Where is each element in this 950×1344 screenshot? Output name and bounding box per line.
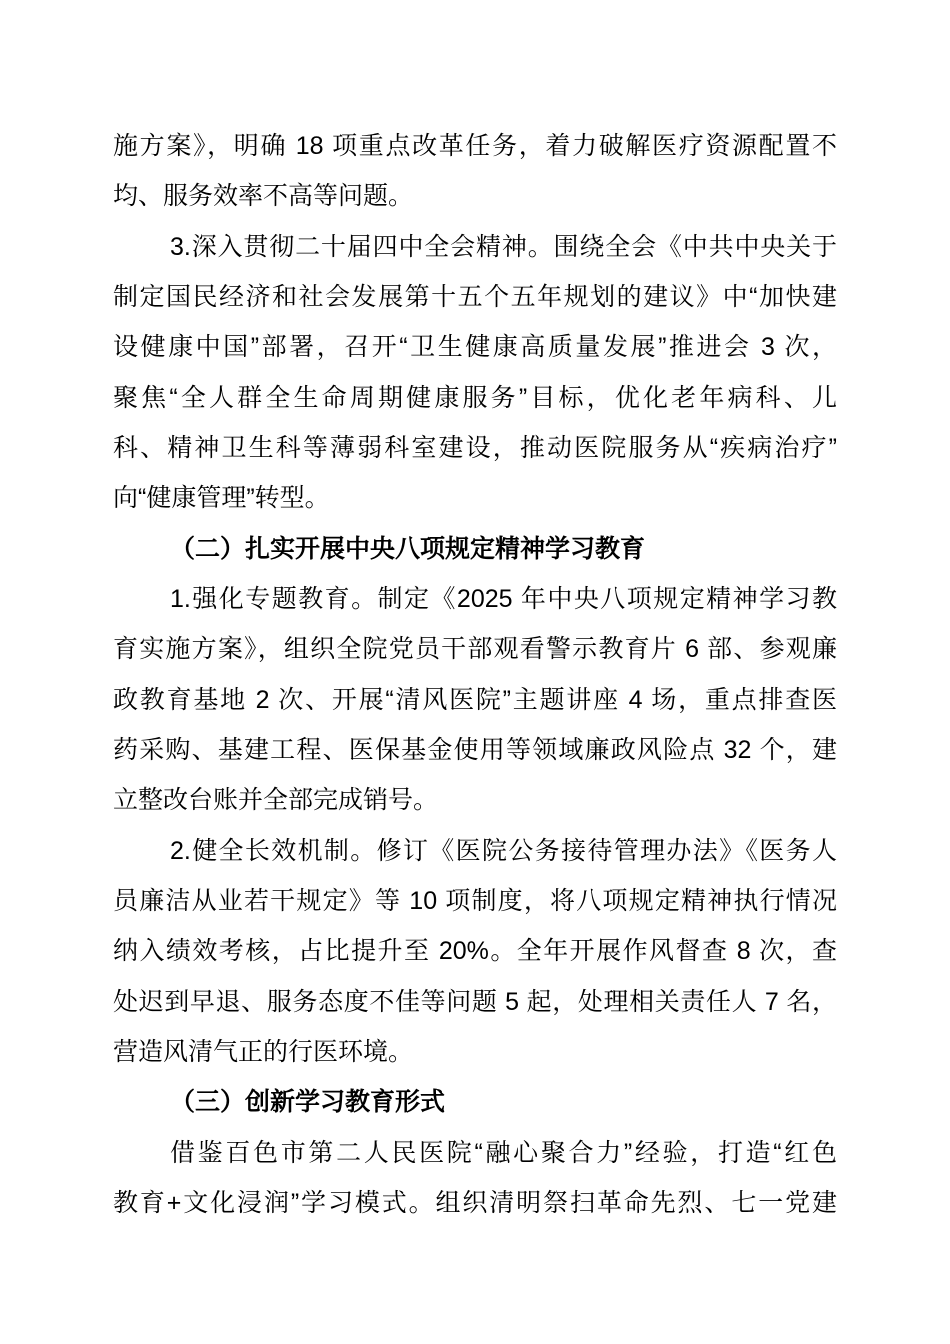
text-line: 教育+文化浸润”学习模式。组织清明祭扫革命先烈、七一党建: [113, 1178, 837, 1228]
text-line: 向“健康管理”转型。: [113, 473, 837, 523]
text-line: 科、精神卫生科等薄弱科室建设，推动医院服务从“疾病治疗”: [113, 423, 837, 473]
text-line: 药采购、基建工程、医保基金使用等领域廉政风险点 32 个，建: [113, 725, 837, 775]
text-line: 纳入绩效考核，占比提升至 20%。全年开展作风督查 8 次，查: [113, 926, 837, 976]
paragraph: 施方案》，明确 18 项重点改革任务，着力破解医疗资源配置不 均、服务效率不高等…: [113, 121, 837, 222]
text-line: 员廉洁从业若干规定》等 10 项制度，将八项规定精神执行情况: [113, 876, 837, 926]
text-line: 政教育基地 2 次、开展“清风医院”主题讲座 4 场，重点排查医: [113, 675, 837, 725]
document-page: 施方案》，明确 18 项重点改革任务，着力破解医疗资源配置不 均、服务效率不高等…: [0, 0, 950, 1344]
paragraph: 2.健全长效机制。修订《医院公务接待管理办法》《医务人 员廉洁从业若干规定》等 …: [113, 826, 837, 1078]
text-line: 制定国民经济和社会发展第十五个五年规划的建议》中“加快建: [113, 272, 837, 322]
text-line: 借鉴百色市第二人民医院“融心聚合力”经验，打造“红色: [113, 1128, 837, 1178]
text-line: 1.强化专题教育。制定《2025 年中央八项规定精神学习教: [113, 574, 837, 624]
text-line: 设健康中国”部署，召开“卫生健康高质量发展”推进会 3 次，: [113, 322, 837, 372]
paragraph: （二）扎实开展中央八项规定精神学习教育: [113, 524, 837, 574]
text-line: 聚焦“全人群全生命周期健康服务”目标，优化老年病科、儿: [113, 373, 837, 423]
text-line: 立整改台账并全部完成销号。: [113, 775, 837, 825]
text-line: 3.深入贯彻二十届四中全会精神。围绕全会《中共中央关于: [113, 222, 837, 272]
text-line: 营造风清气正的行医环境。: [113, 1027, 837, 1077]
text-line: 均、服务效率不高等问题。: [113, 171, 837, 221]
paragraph: 借鉴百色市第二人民医院“融心聚合力”经验，打造“红色 教育+文化浸润”学习模式。…: [113, 1128, 837, 1229]
text-line: 育实施方案》，组织全院党员干部观看警示教育片 6 部、参观廉: [113, 624, 837, 674]
paragraph: （三）创新学习教育形式: [113, 1077, 837, 1127]
text-line: 2.健全长效机制。修订《医院公务接待管理办法》《医务人: [113, 826, 837, 876]
text-line: 施方案》，明确 18 项重点改革任务，着力破解医疗资源配置不: [113, 121, 837, 171]
section-heading-2: （二）扎实开展中央八项规定精神学习教育: [113, 524, 837, 574]
document-content: 施方案》，明确 18 项重点改革任务，着力破解医疗资源配置不 均、服务效率不高等…: [113, 121, 837, 1228]
text-line: 处迟到早退、服务态度不佳等问题 5 起，处理相关责任人 7 名，: [113, 977, 837, 1027]
paragraph: 1.强化专题教育。制定《2025 年中央八项规定精神学习教 育实施方案》，组织全…: [113, 574, 837, 826]
paragraph: 3.深入贯彻二十届四中全会精神。围绕全会《中共中央关于 制定国民经济和社会发展第…: [113, 222, 837, 524]
section-heading-3: （三）创新学习教育形式: [113, 1077, 837, 1127]
